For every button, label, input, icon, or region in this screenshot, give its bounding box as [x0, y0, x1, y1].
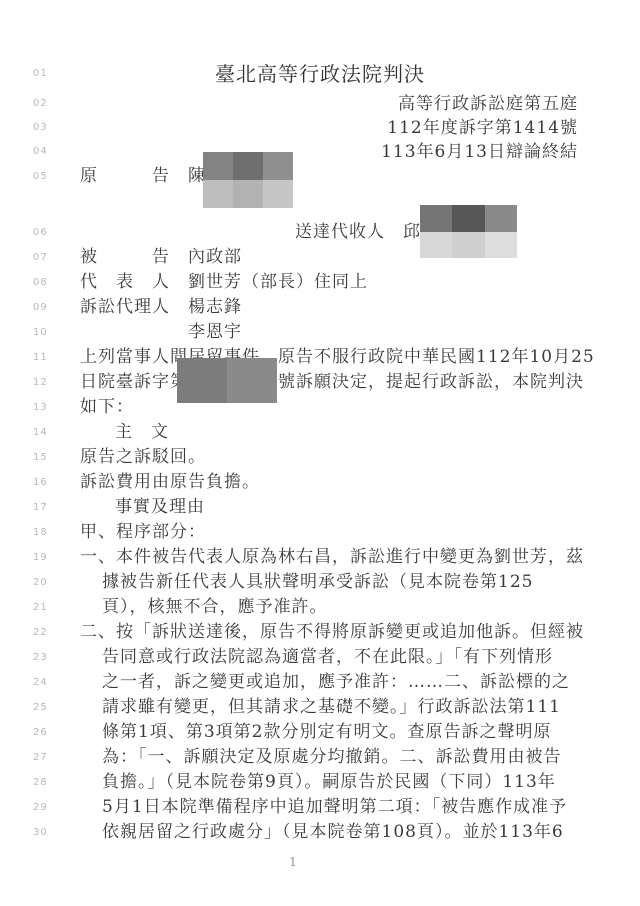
- document-line: 28負擔。」（見本院卷第9頁）。嗣原告於民國（下同）113年: [0, 770, 640, 795]
- document-line: 12日院臺訴字第 號訴願決定，提起行政訴訟，本院判決: [0, 370, 640, 395]
- line-number: 10: [33, 320, 57, 345]
- line-text: 一、本件被告代表人原為林右昌，訴訟進行中變更為劉世芳，茲: [80, 545, 640, 570]
- line-number: 28: [33, 770, 57, 795]
- line-number: 08: [33, 270, 57, 295]
- line-number: 18: [33, 520, 57, 545]
- document-line: 04113年6月13日辯論終結: [0, 140, 640, 164]
- document-line: 30依親居留之行政處分」（見本院卷第108頁）。並於113年6: [0, 820, 640, 845]
- line-number: 13: [33, 395, 57, 420]
- document-line: 15原告之訴駁回。: [0, 445, 640, 470]
- line-text: 臺北高等行政法院判決: [0, 60, 640, 88]
- line-text: 主 文: [115, 420, 640, 445]
- line-text: 113年6月13日辯論終結: [80, 140, 578, 164]
- line-number: 16: [33, 470, 57, 495]
- line-number: 22: [33, 620, 57, 645]
- line-number: 06: [33, 220, 57, 245]
- document-line: 20據被告新任代表人具狀聲明承受訴訟（見本院卷第125: [0, 570, 640, 595]
- line-text: 負擔。」（見本院卷第9頁）。嗣原告於民國（下同）113年: [102, 770, 640, 795]
- document-line: 14主 文: [0, 420, 640, 445]
- judgment-document-page: 01臺北高等行政法院判決02高等行政訴訟庭第五庭03112年度訴字第1414號0…: [0, 0, 640, 906]
- line-text: 為：「一、訴願決定及原處分均撤銷。二、訴訟費用由被告: [102, 745, 640, 770]
- recipient-name-redaction: [420, 205, 517, 258]
- document-line: 07被 告 內政部: [0, 245, 640, 270]
- line-number: 30: [33, 820, 57, 845]
- line-text: 事實及理由: [115, 495, 640, 520]
- line-text: 李恩宇: [80, 320, 640, 345]
- line-number: 15: [33, 445, 57, 470]
- line-number: 21: [33, 595, 57, 620]
- case-number-redaction: [177, 358, 277, 403]
- line-text: 5月1日本院準備程序中追加聲明第二項：「被告應作成准予: [102, 795, 640, 820]
- document-line: 01臺北高等行政法院判決: [0, 60, 640, 88]
- line-number: 07: [33, 245, 57, 270]
- document-line: 23告同意或行政法院認為適當者，不在此限。」「有下列情形: [0, 645, 640, 670]
- document-line: 11上列當事人間居留事件，原告不服行政院中華民國112年10月25: [0, 345, 640, 370]
- line-number: 12: [33, 370, 57, 395]
- document-line: 26條第1項、第3項第2款分別定有明文。查原告訴之聲明原: [0, 720, 640, 745]
- line-text: 二、按「訴狀送達後，原告不得將原訴變更或追加他訴。但經被: [80, 620, 640, 645]
- document-line: 19一、本件被告代表人原為林右昌，訴訟進行中變更為劉世芳，茲: [0, 545, 640, 570]
- line-text: 如下：: [80, 395, 640, 420]
- line-number: 25: [33, 695, 57, 720]
- line-number: 26: [33, 720, 57, 745]
- line-text: 日院臺訴字第 號訴願決定，提起行政訴訟，本院判決: [80, 370, 640, 395]
- line-number: 05: [33, 164, 57, 189]
- document-line: 13如下：: [0, 395, 640, 420]
- line-text: 高等行政訴訟庭第五庭: [80, 92, 578, 116]
- line-number: 27: [33, 745, 57, 770]
- line-text: 代 表 人 劉世芳（部長）住同上: [80, 270, 640, 295]
- document-line: 08代 表 人 劉世芳（部長）住同上: [0, 270, 640, 295]
- line-text: 據被告新任代表人具狀聲明承受訴訟（見本院卷第125: [102, 570, 640, 595]
- line-text: 之一者，訴之變更或追加，應予准許：……二、訴訟標的之: [102, 670, 640, 695]
- document-line: 25請求雖有變更，但其請求之基礎不變。」行政訴訟法第111: [0, 695, 640, 720]
- line-text: 條第1項、第3項第2款分別定有明文。查原告訴之聲明原: [102, 720, 640, 745]
- document-lines: 01臺北高等行政法院判決02高等行政訴訟庭第五庭03112年度訴字第1414號0…: [0, 0, 640, 845]
- line-text: 依親居留之行政處分」（見本院卷第108頁）。並於113年6: [102, 820, 640, 845]
- line-number: 01: [33, 60, 57, 88]
- line-text: 被 告 內政部: [80, 245, 640, 270]
- line-number: 02: [33, 92, 57, 116]
- plaintiff-name-redaction: [203, 152, 293, 208]
- document-line: 16訴訟費用由原告負擔。: [0, 470, 640, 495]
- document-line: 05原 告 陳: [0, 164, 640, 189]
- document-line: 02高等行政訴訟庭第五庭: [0, 92, 640, 116]
- line-number: 23: [33, 645, 57, 670]
- document-line: 27為：「一、訴願決定及原處分均撤銷。二、訴訟費用由被告: [0, 745, 640, 770]
- line-text: 甲、程序部分：: [80, 520, 640, 545]
- line-number: 17: [33, 495, 57, 520]
- line-number: 20: [33, 570, 57, 595]
- line-text: 原 告 陳: [80, 164, 640, 189]
- document-line: 21頁），核無不合，應予准許。: [0, 595, 640, 620]
- document-line: 24之一者，訴之變更或追加，應予准許：……二、訴訟標的之: [0, 670, 640, 695]
- line-text: 訴訟代理人 楊志鋒: [80, 295, 640, 320]
- line-text: 告同意或行政法院認為適當者，不在此限。」「有下列情形: [102, 645, 640, 670]
- document-line: 03112年度訴字第1414號: [0, 116, 640, 140]
- line-text: 原告之訴駁回。: [80, 445, 640, 470]
- document-line: 09訴訟代理人 楊志鋒: [0, 295, 640, 320]
- document-line: 06送達代收人 邱: [0, 220, 640, 245]
- page-number: 1: [283, 855, 303, 869]
- document-line: 18甲、程序部分：: [0, 520, 640, 545]
- document-line: 22二、按「訴狀送達後，原告不得將原訴變更或追加他訴。但經被: [0, 620, 640, 645]
- line-number: 09: [33, 295, 57, 320]
- line-number: 03: [33, 116, 57, 140]
- document-line: 295月1日本院準備程序中追加聲明第二項：「被告應作成准予: [0, 795, 640, 820]
- line-number: 19: [33, 545, 57, 570]
- document-line: 17事實及理由: [0, 495, 640, 520]
- document-line: 10 李恩宇: [0, 320, 640, 345]
- line-number: 14: [33, 420, 57, 445]
- line-text: 上列當事人間居留事件，原告不服行政院中華民國112年10月25: [80, 345, 640, 370]
- line-text: 請求雖有變更，但其請求之基礎不變。」行政訴訟法第111: [102, 695, 640, 720]
- line-number: 04: [33, 140, 57, 164]
- line-text: 訴訟費用由原告負擔。: [80, 470, 640, 495]
- line-number: 24: [33, 670, 57, 695]
- line-number: 11: [33, 345, 57, 370]
- line-number: 29: [33, 795, 57, 820]
- line-text: 112年度訴字第1414號: [80, 116, 578, 140]
- line-text: 頁），核無不合，應予准許。: [102, 595, 640, 620]
